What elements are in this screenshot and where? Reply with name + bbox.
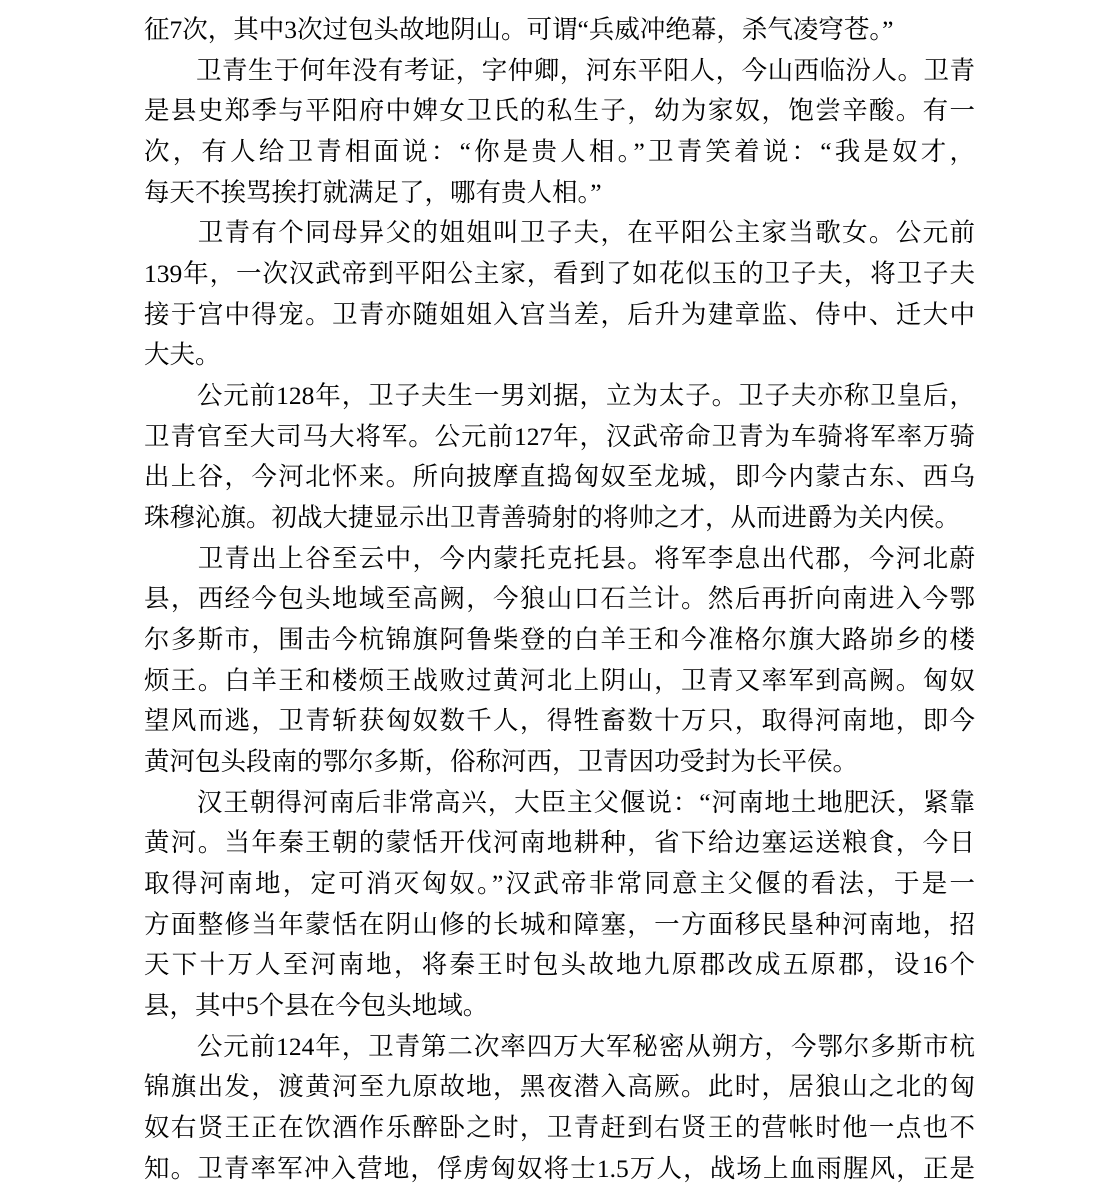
text-line: 锦旗出发，渡黄河至九原故地，黑夜潜入高厥。此时，居狼山之北的匈 <box>144 1067 975 1108</box>
text-line: 方面整修当年蒙恬在阴山修的长城和障塞，一方面移民垦种河南地，招 <box>144 905 975 946</box>
text-line: 公元前128年，卫子夫生一男刘据，立为太子。卫子夫亦称卫皇后， <box>144 376 975 417</box>
text-line: 黄河包头段南的鄂尔多斯，俗称河西，卫青因功受封为长平侯。 <box>144 742 975 783</box>
text-line: 卫青有个同母异父的姐姐叫卫子夫，在平阳公主家当歌女。公元前 <box>144 213 975 254</box>
text-line: 接于宫中得宠。卫青亦随姐姐入宫当差，后升为建章监、侍中、迁大中 <box>144 295 975 336</box>
text-line: 卫青出上谷至云中，今内蒙托克托县。将军李息出代郡，今河北蔚 <box>144 539 975 580</box>
text-line: 次，有人给卫青相面说：“你是贵人相。”卫青笑着说：“我是奴才， <box>144 132 975 173</box>
text-line: 天下十万人至河南地，将秦王时包头故地九原郡改成五原郡，设16个 <box>144 945 975 986</box>
text-line: 县，西经今包头地域至高阙，今狼山口石兰计。然后再折向南进入今鄂 <box>144 579 975 620</box>
text-line: 卫青官至大司马大将军。公元前127年，汉武帝命卫青为车骑将军率万骑 <box>144 417 975 458</box>
text-line: 每天不挨骂挨打就满足了，哪有贵人相。” <box>144 173 975 214</box>
text-line: 征7次，其中3次过包头故地阴山。可谓“兵威冲绝幕，杀气凌穹苍。” <box>144 10 975 51</box>
text-line: 珠穆沁旗。初战大捷显示出卫青善骑射的将帅之才，从而进爵为关内侯。 <box>144 498 975 539</box>
text-line: 出上谷，今河北怀来。所向披摩直捣匈奴至龙城，即今内蒙古东、西乌 <box>144 457 975 498</box>
text-line: 汉王朝得河南后非常高兴，大臣主父偃说：“河南地土地肥沃，紧靠 <box>144 783 975 824</box>
text-line: 卫青生于何年没有考证，字仲卿，河东平阳人，今山西临汾人。卫青 <box>144 51 975 92</box>
text-column: 征7次，其中3次过包头故地阴山。可谓“兵威冲绝幕，杀气凌穹苍。” 卫青生于何年没… <box>144 10 975 1189</box>
text-line: 大夫。 <box>144 335 975 376</box>
text-line: 取得河南地，定可消灭匈奴。”汉武帝非常同意主父偃的看法，于是一 <box>144 864 975 905</box>
text-line: 黄河。当年秦王朝的蒙恬开伐河南地耕种，省下给边塞运送粮食，今日 <box>144 823 975 864</box>
text-line: 奴右贤王正在饮酒作乐醉卧之时，卫青赶到右贤王的营帐时他一点也不 <box>144 1108 975 1149</box>
text-line: 知。卫青率军冲入营地，俘虏匈奴将士1.5万人，战场上血雨腥风，正是 <box>144 1149 975 1190</box>
document-page: 征7次，其中3次过包头故地阴山。可谓“兵威冲绝幕，杀气凌穹苍。” 卫青生于何年没… <box>0 0 1115 1196</box>
text-line: 139年，一次汉武帝到平阳公主家，看到了如花似玉的卫子夫，将卫子夫 <box>144 254 975 295</box>
text-line: 望风而逃，卫青斩获匈奴数千人，得牲畜数十万只，取得河南地，即今 <box>144 701 975 742</box>
text-line: 公元前124年，卫青第二次率四万大军秘密从朔方，今鄂尔多斯市杭 <box>144 1027 975 1068</box>
text-line: 是县史郑季与平阳府中婢女卫氏的私生子，幼为家奴，饱尝辛酸。有一 <box>144 91 975 132</box>
text-line: 烦王。白羊王和楼烦王战败过黄河北上阴山，卫青又率军到高阙。匈奴 <box>144 661 975 702</box>
text-line: 县，其中5个县在今包头地域。 <box>144 986 975 1027</box>
text-line: 尔多斯市，围击今杭锦旗阿鲁柴登的白羊王和今准格尔旗大路峁乡的楼 <box>144 620 975 661</box>
